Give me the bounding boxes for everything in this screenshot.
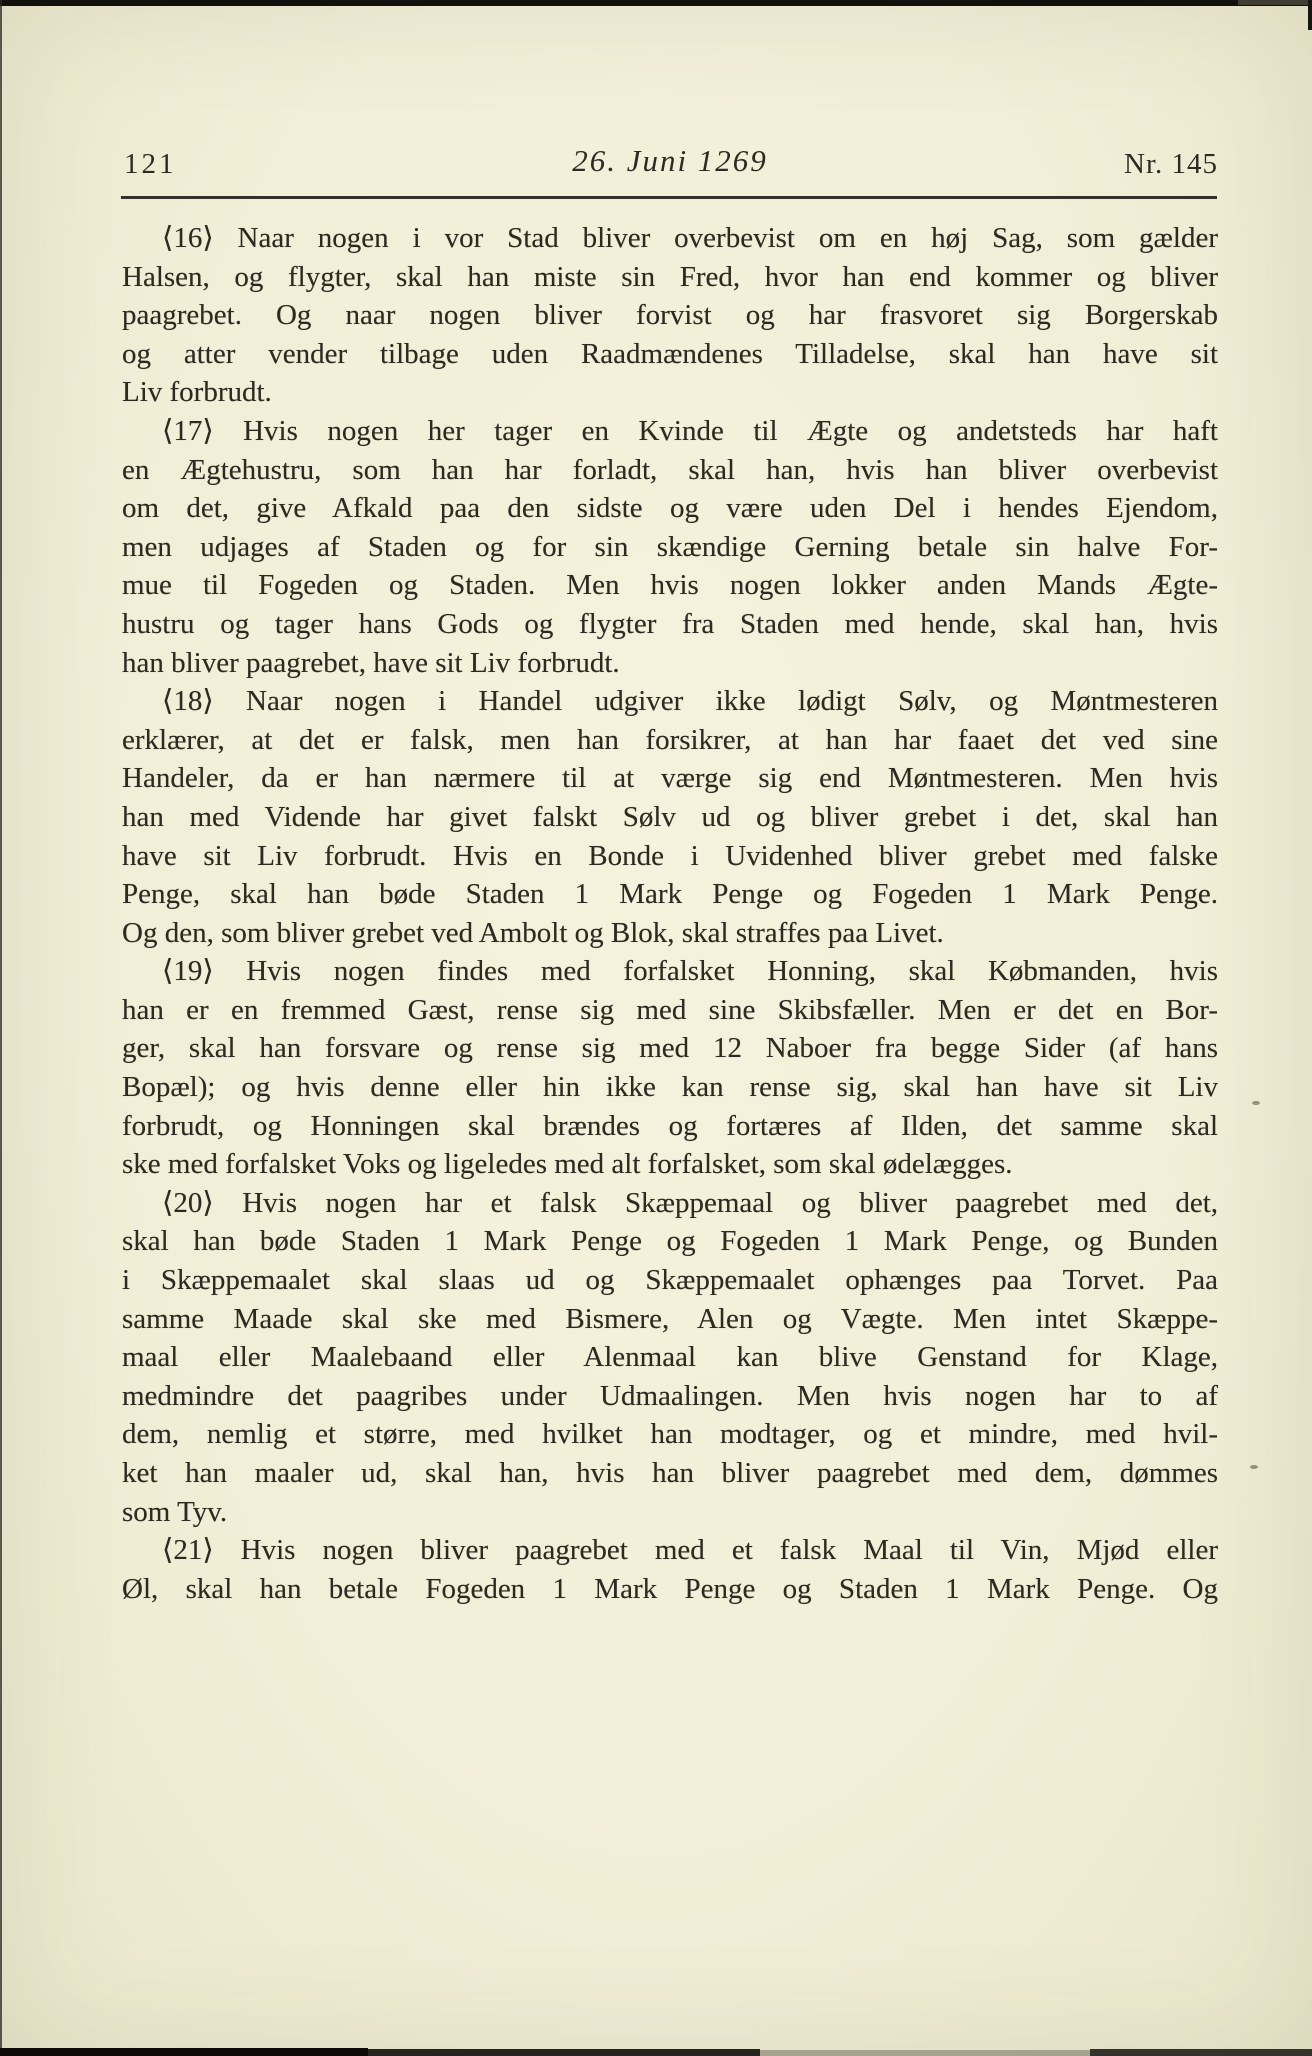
text-line: Og den, som bliver grebet ved Ambolt og … (122, 914, 1218, 953)
text-line: hustru og tager hans Gods og flygter fra… (122, 605, 1218, 644)
scan-speck (1252, 1101, 1260, 1105)
scan-artifact-top-bar (0, 0, 1312, 6)
scan-artifact-left-edge (0, 0, 2, 2056)
paragraph-21: ⟨21⟩ Hvis nogen bliver paagrebet med et … (122, 1531, 1218, 1608)
text-line: dem, nemlig et større, med hvilket han m… (122, 1415, 1218, 1454)
text-line: mue til Fogeden og Staden. Men hvis noge… (122, 566, 1218, 605)
scan-artifact-bottom-bar (0, 2048, 368, 2056)
scan-artifact-right-edge (1308, 0, 1312, 30)
text-line: ⟨21⟩ Hvis nogen bliver paagrebet med et … (122, 1531, 1218, 1570)
scan-speck (1250, 1465, 1258, 1469)
text-line: Penge, skal han bøde Staden 1 Mark Penge… (122, 875, 1218, 914)
text-line: om det, give Afkald paa den sidste og væ… (122, 489, 1218, 528)
text-line: i Skæppemaalet skal slaas ud og Skæppema… (122, 1261, 1218, 1300)
text-line: ske med forfalsket Voks og ligeledes med… (122, 1145, 1218, 1184)
text-line: ⟨18⟩ Naar nogen i Handel udgiver ikke lø… (122, 682, 1218, 721)
paragraph-19: ⟨19⟩ Hvis nogen findes med forfalsket Ho… (122, 952, 1218, 1184)
header-rule (121, 196, 1217, 199)
text-line: maal eller Maalebaand eller Alenmaal kan… (122, 1338, 1218, 1377)
text-line: paagrebet. Og naar nogen bliver forvist … (122, 296, 1218, 335)
text-line: samme Maade skal ske med Bismere, Alen o… (122, 1300, 1218, 1339)
document-number: Nr. 145 (1124, 147, 1218, 181)
scan-artifact-bottom-bar (368, 2049, 760, 2056)
text-line: Liv forbrudt. (122, 373, 1218, 412)
scan-artifact-bottom-bar (760, 2050, 1090, 2056)
scan-artifact-bottom-bar (1090, 2049, 1312, 2056)
text-line: en Ægtehustru, som han har forladt, skal… (122, 451, 1218, 490)
text-line: han med Vidende har givet falskt Sølv ud… (122, 798, 1218, 837)
paragraph-17: ⟨17⟩ Hvis nogen her tager en Kvinde til … (122, 412, 1218, 682)
text-line: ⟨20⟩ Hvis nogen har et falsk Skæppemaal … (122, 1184, 1218, 1223)
text-line: have sit Liv forbrudt. Hvis en Bonde i U… (122, 837, 1218, 876)
text-line: forbrudt, og Honningen skal brændes og f… (122, 1107, 1218, 1146)
body-text: ⟨16⟩ Naar nogen i vor Stad bliver overbe… (122, 219, 1218, 1608)
running-header-date: 26. Juni 1269 (122, 144, 1218, 178)
text-line: Øl, skal han betale Fogeden 1 Mark Penge… (122, 1570, 1218, 1609)
text-line: ⟨16⟩ Naar nogen i vor Stad bliver overbe… (122, 219, 1218, 258)
paragraph-18: ⟨18⟩ Naar nogen i Handel udgiver ikke lø… (122, 682, 1218, 952)
text-line: ⟨17⟩ Hvis nogen her tager en Kvinde til … (122, 412, 1218, 451)
text-line: ket han maaler ud, skal han, hvis han bl… (122, 1454, 1218, 1493)
document-page: 121 26. Juni 1269 Nr. 145 ⟨16⟩ Naar noge… (0, 0, 1312, 2056)
text-line: Bopæl); og hvis denne eller hin ikke kan… (122, 1068, 1218, 1107)
paragraph-16: ⟨16⟩ Naar nogen i vor Stad bliver overbe… (122, 219, 1218, 412)
text-line: som Tyv. (122, 1493, 1218, 1532)
text-line: og atter vender tilbage uden Raadmændene… (122, 335, 1218, 374)
text-line: skal han bøde Staden 1 Mark Penge og Fog… (122, 1222, 1218, 1261)
paragraph-20: ⟨20⟩ Hvis nogen har et falsk Skæppemaal … (122, 1184, 1218, 1531)
text-line: Handeler, da er han nærmere til at værge… (122, 759, 1218, 798)
text-line: erklærer, at det er falsk, men han forsi… (122, 721, 1218, 760)
scan-artifact-top-bar-right (1238, 0, 1312, 5)
text-line: men udjages af Staden og for sin skændig… (122, 528, 1218, 567)
text-line: han bliver paagrebet, have sit Liv forbr… (122, 644, 1218, 683)
text-line: medmindre det paagribes under Udmaalinge… (122, 1377, 1218, 1416)
running-header: 121 26. Juni 1269 Nr. 145 (122, 147, 1218, 183)
text-line: han er en fremmed Gæst, rense sig med si… (122, 991, 1218, 1030)
text-line: ger, skal han forsvare og rense sig med … (122, 1029, 1218, 1068)
text-line: Halsen, og flygter, skal han miste sin F… (122, 258, 1218, 297)
text-line: ⟨19⟩ Hvis nogen findes med forfalsket Ho… (122, 952, 1218, 991)
